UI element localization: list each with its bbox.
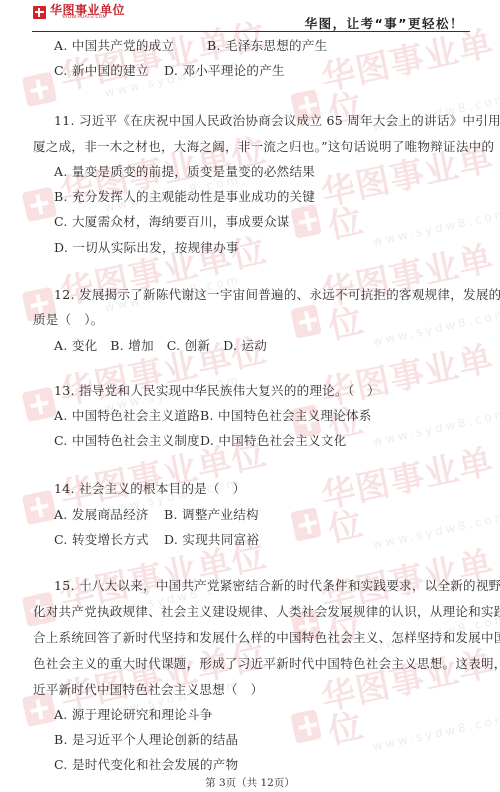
q14-stem: 14. 社会主义的根本目的是（ ） bbox=[54, 481, 245, 497]
q14-option-d: D. 实现共同富裕 bbox=[164, 532, 259, 548]
q15-stem-line-4: 色社会主义的重大时代课题，形成了习近平新时代中国特色社会主义思想。这表明，习 bbox=[33, 656, 500, 672]
q10-option-b: B. 毛泽东思想的产生 bbox=[207, 38, 327, 54]
q14-options-row-2: C. 转变增长方式 D. 实现共同富裕 bbox=[54, 532, 454, 548]
q15-stem-line-1: 15. 十八大以来，中国共产党紧密结合新的时代条件和实践要求，以全新的视野深 bbox=[54, 578, 500, 594]
q10-option-c: C. 新中国的建立 bbox=[54, 63, 149, 79]
huatu-logo-icon bbox=[33, 6, 46, 19]
watermark-logo-icon bbox=[290, 204, 322, 239]
header-slogan: 华图，让考“事”更轻松！ bbox=[305, 14, 464, 32]
logo-url: SYDW.HUATU.COM bbox=[62, 16, 125, 21]
q14-option-c: C. 转变增长方式 bbox=[54, 532, 149, 548]
q12-stem-line-2: 质是（ ）。 bbox=[33, 312, 104, 328]
page-number: 第 3页（共 12页） bbox=[0, 775, 500, 790]
q14-options-row-1: A. 发展商品经济 B. 调整产业结构 bbox=[54, 507, 454, 523]
watermark-logo-icon bbox=[22, 72, 58, 108]
q10-options-row-2: C. 新中国的建立 D. 邓小平理论的产生 bbox=[54, 63, 454, 79]
q10-option-d: D. 邓小平理论的产生 bbox=[164, 63, 285, 79]
q11-option-a: A. 量变是质变的前提，质变是量变的必然结果 bbox=[54, 164, 315, 180]
q13-stem: 13. 指导党和人民实现中华民族伟大复兴的的理论。（ ） bbox=[54, 383, 380, 399]
q15-stem-line-3: 合上系统回答了新时代坚持和发展什么样的中国特色社会主义、怎样坚持和发展中国特 bbox=[33, 630, 500, 646]
page-header: 华图事业单位 SYDW.HUATU.COM 华图，让考“事”更轻松！ bbox=[32, 2, 470, 32]
q12-options: A. 变化 B. 增加 C. 创新 D. 运动 bbox=[54, 338, 267, 354]
q12-stem-line-1: 12. 发展揭示了新陈代谢这一宇宙间普遍的、永远不可抗拒的客观规律，发展的本 bbox=[54, 287, 500, 303]
q11-option-c: C. 大厦需众材，海纳要百川，事成要众谋 bbox=[54, 214, 290, 230]
q11-stem-line-2: 厦之成，非一木之材也，大海之阔，非一流之归也。”这句话说明了唯物辩证法中的（ ） bbox=[33, 139, 500, 155]
q15-option-a: A. 源于理论研究和理论斗争 bbox=[54, 707, 213, 723]
q15-stem-line-5: 近平新时代中国特色社会主义思想（ ） bbox=[33, 682, 263, 698]
q11-option-b: B. 充分发挥人的主观能动性是事业成功的关键 bbox=[54, 189, 315, 205]
q13-options-row-2: C. 中国特色社会主义制度 D. 中国特色社会主义文化 bbox=[54, 433, 454, 449]
q13-options-row-1: A. 中国特色社会主义道路 B. 中国特色社会主义理论体系 bbox=[54, 408, 454, 424]
watermark-logo-icon bbox=[22, 187, 58, 223]
huatu-logo: 华图事业单位 SYDW.HUATU.COM bbox=[33, 4, 125, 21]
q14-option-b: B. 调整产业结构 bbox=[164, 507, 259, 523]
watermark-logo-icon bbox=[290, 304, 322, 339]
watermark-logo-icon bbox=[290, 709, 322, 744]
q10-options-row-1: A. 中国共产党的成立 B. 毛泽东思想的产生 bbox=[54, 38, 454, 54]
q14-option-a: A. 发展商品经济 bbox=[54, 507, 149, 523]
watermark-logo-icon bbox=[22, 490, 58, 526]
q10-option-a: A. 中国共产党的成立 bbox=[54, 38, 174, 54]
q15-option-c: C. 是时代变化和社会发展的产物 bbox=[54, 757, 238, 773]
q13-option-c: C. 中国特色社会主义制度 bbox=[54, 433, 200, 449]
watermark: 华图事业单位www.sydw8.com bbox=[285, 140, 500, 263]
watermark-logo-icon bbox=[22, 387, 58, 423]
q13-option-a: A. 中国特色社会主义道路 bbox=[54, 408, 200, 424]
q11-stem-line-1: 11. 习近平《在庆祝中国人民政治协商会议成立 65 周年大会上的讲话》中引用：… bbox=[54, 113, 500, 129]
q11-option-d: D. 一切从实际出发，按规律办事 bbox=[54, 240, 239, 256]
q13-option-d: D. 中国特色社会主义文化 bbox=[200, 433, 346, 449]
q15-option-b: B. 是习近平个人理论创新的结晶 bbox=[54, 732, 238, 748]
document-page: 华图事业单位www.sydw8.com 华图事业单位www.sydw8.com … bbox=[0, 0, 500, 792]
q15-stem-line-2: 化对共产党执政规律、社会主义建设规律、人类社会发展规律的认识，从理论和实践结 bbox=[33, 604, 500, 620]
q13-option-b: B. 中国特色社会主义理论体系 bbox=[200, 408, 372, 424]
